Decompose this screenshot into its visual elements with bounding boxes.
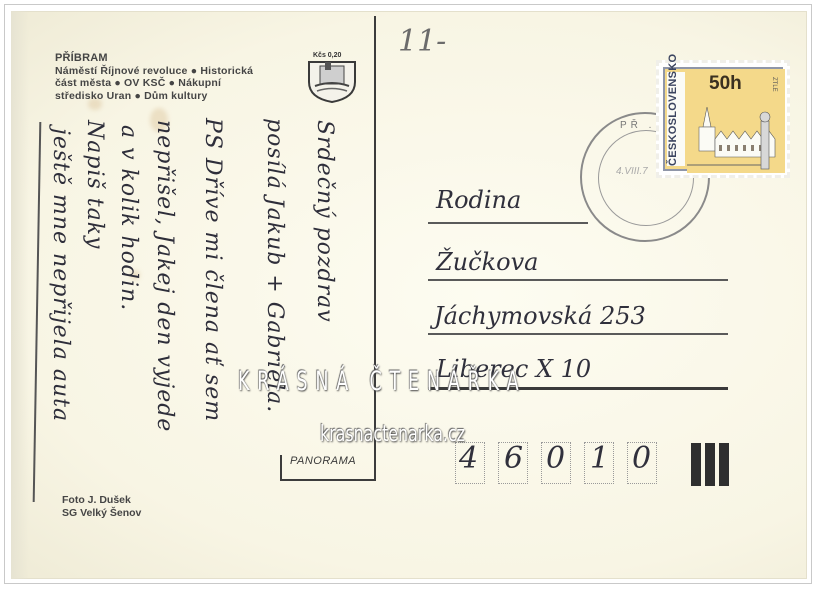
postcard-divider-corner: [280, 455, 282, 481]
address-line: Jáchymovská 253: [434, 302, 646, 330]
publisher-logo: PANORAMA: [290, 455, 356, 467]
postal-bar: [719, 443, 729, 486]
postal-bar: [705, 443, 715, 486]
caption-line: část města ● OV KSČ ● Nákupní: [55, 77, 295, 90]
watermark-url: krasnactenarka.cz: [320, 422, 465, 447]
postal-bar: [691, 443, 701, 486]
message-line: PS Dříve mi člena ať sem: [200, 118, 225, 422]
postcard-divider-bottom: [280, 479, 376, 481]
postcard-edge-shadow: [11, 11, 29, 579]
postage-stamp: ČESKOSLOVENSKO 50h ZTLE: [656, 60, 790, 178]
watermark-title: KRÁSNÁ ČTENÁŘKA: [238, 366, 526, 397]
badge-price: Kčs 0,20: [313, 52, 341, 59]
stamp-value: 50h: [709, 73, 742, 95]
address-rule: [428, 222, 588, 224]
handwritten-number: 11-: [398, 24, 446, 59]
message-line: Napiš taky: [82, 120, 107, 250]
zip-digit: 0: [632, 441, 651, 476]
zip-digit: 0: [546, 441, 565, 476]
zip-digit: 6: [504, 441, 523, 476]
address-rule: [428, 333, 728, 335]
zip-digit: 1: [590, 441, 609, 476]
message-line: Srdečný pozdrav: [312, 120, 337, 323]
credit-line: Foto J. Dušek: [62, 494, 141, 507]
address-rule: [428, 279, 728, 281]
stamp-image: ČESKOSLOVENSKO 50h ZTLE: [663, 67, 783, 171]
message-line: a v kolik hodin.: [116, 125, 141, 311]
message-line: nepřišel, Jakej den vyjede: [152, 120, 177, 432]
message-line: ještě mne nepřijela auta: [48, 128, 73, 422]
stamp-country: ČESKOSLOVENSKO: [667, 72, 685, 166]
tourism-badge-icon: Kčs 0,20: [305, 52, 359, 104]
address-line: Rodina: [436, 186, 521, 214]
credit-line: SG Velký Šenov: [62, 507, 141, 520]
caption-title: PŘÍBRAM: [55, 52, 295, 65]
stamp-town: ZTLE: [771, 77, 777, 92]
caption-line: středisko Uran ● Dům kultury: [55, 90, 295, 103]
address-line: Žučkova: [436, 248, 538, 276]
postmark-date: 4.VIII.7: [616, 166, 648, 177]
postcard-divider: [374, 16, 376, 481]
postcard-caption: PŘÍBRAM Náměstí Říjnové revoluce ● Histo…: [55, 52, 295, 102]
caption-line: Náměstí Říjnové revoluce ● Historická: [55, 65, 295, 78]
photo-credit: Foto J. Dušek SG Velký Šenov: [62, 494, 141, 520]
